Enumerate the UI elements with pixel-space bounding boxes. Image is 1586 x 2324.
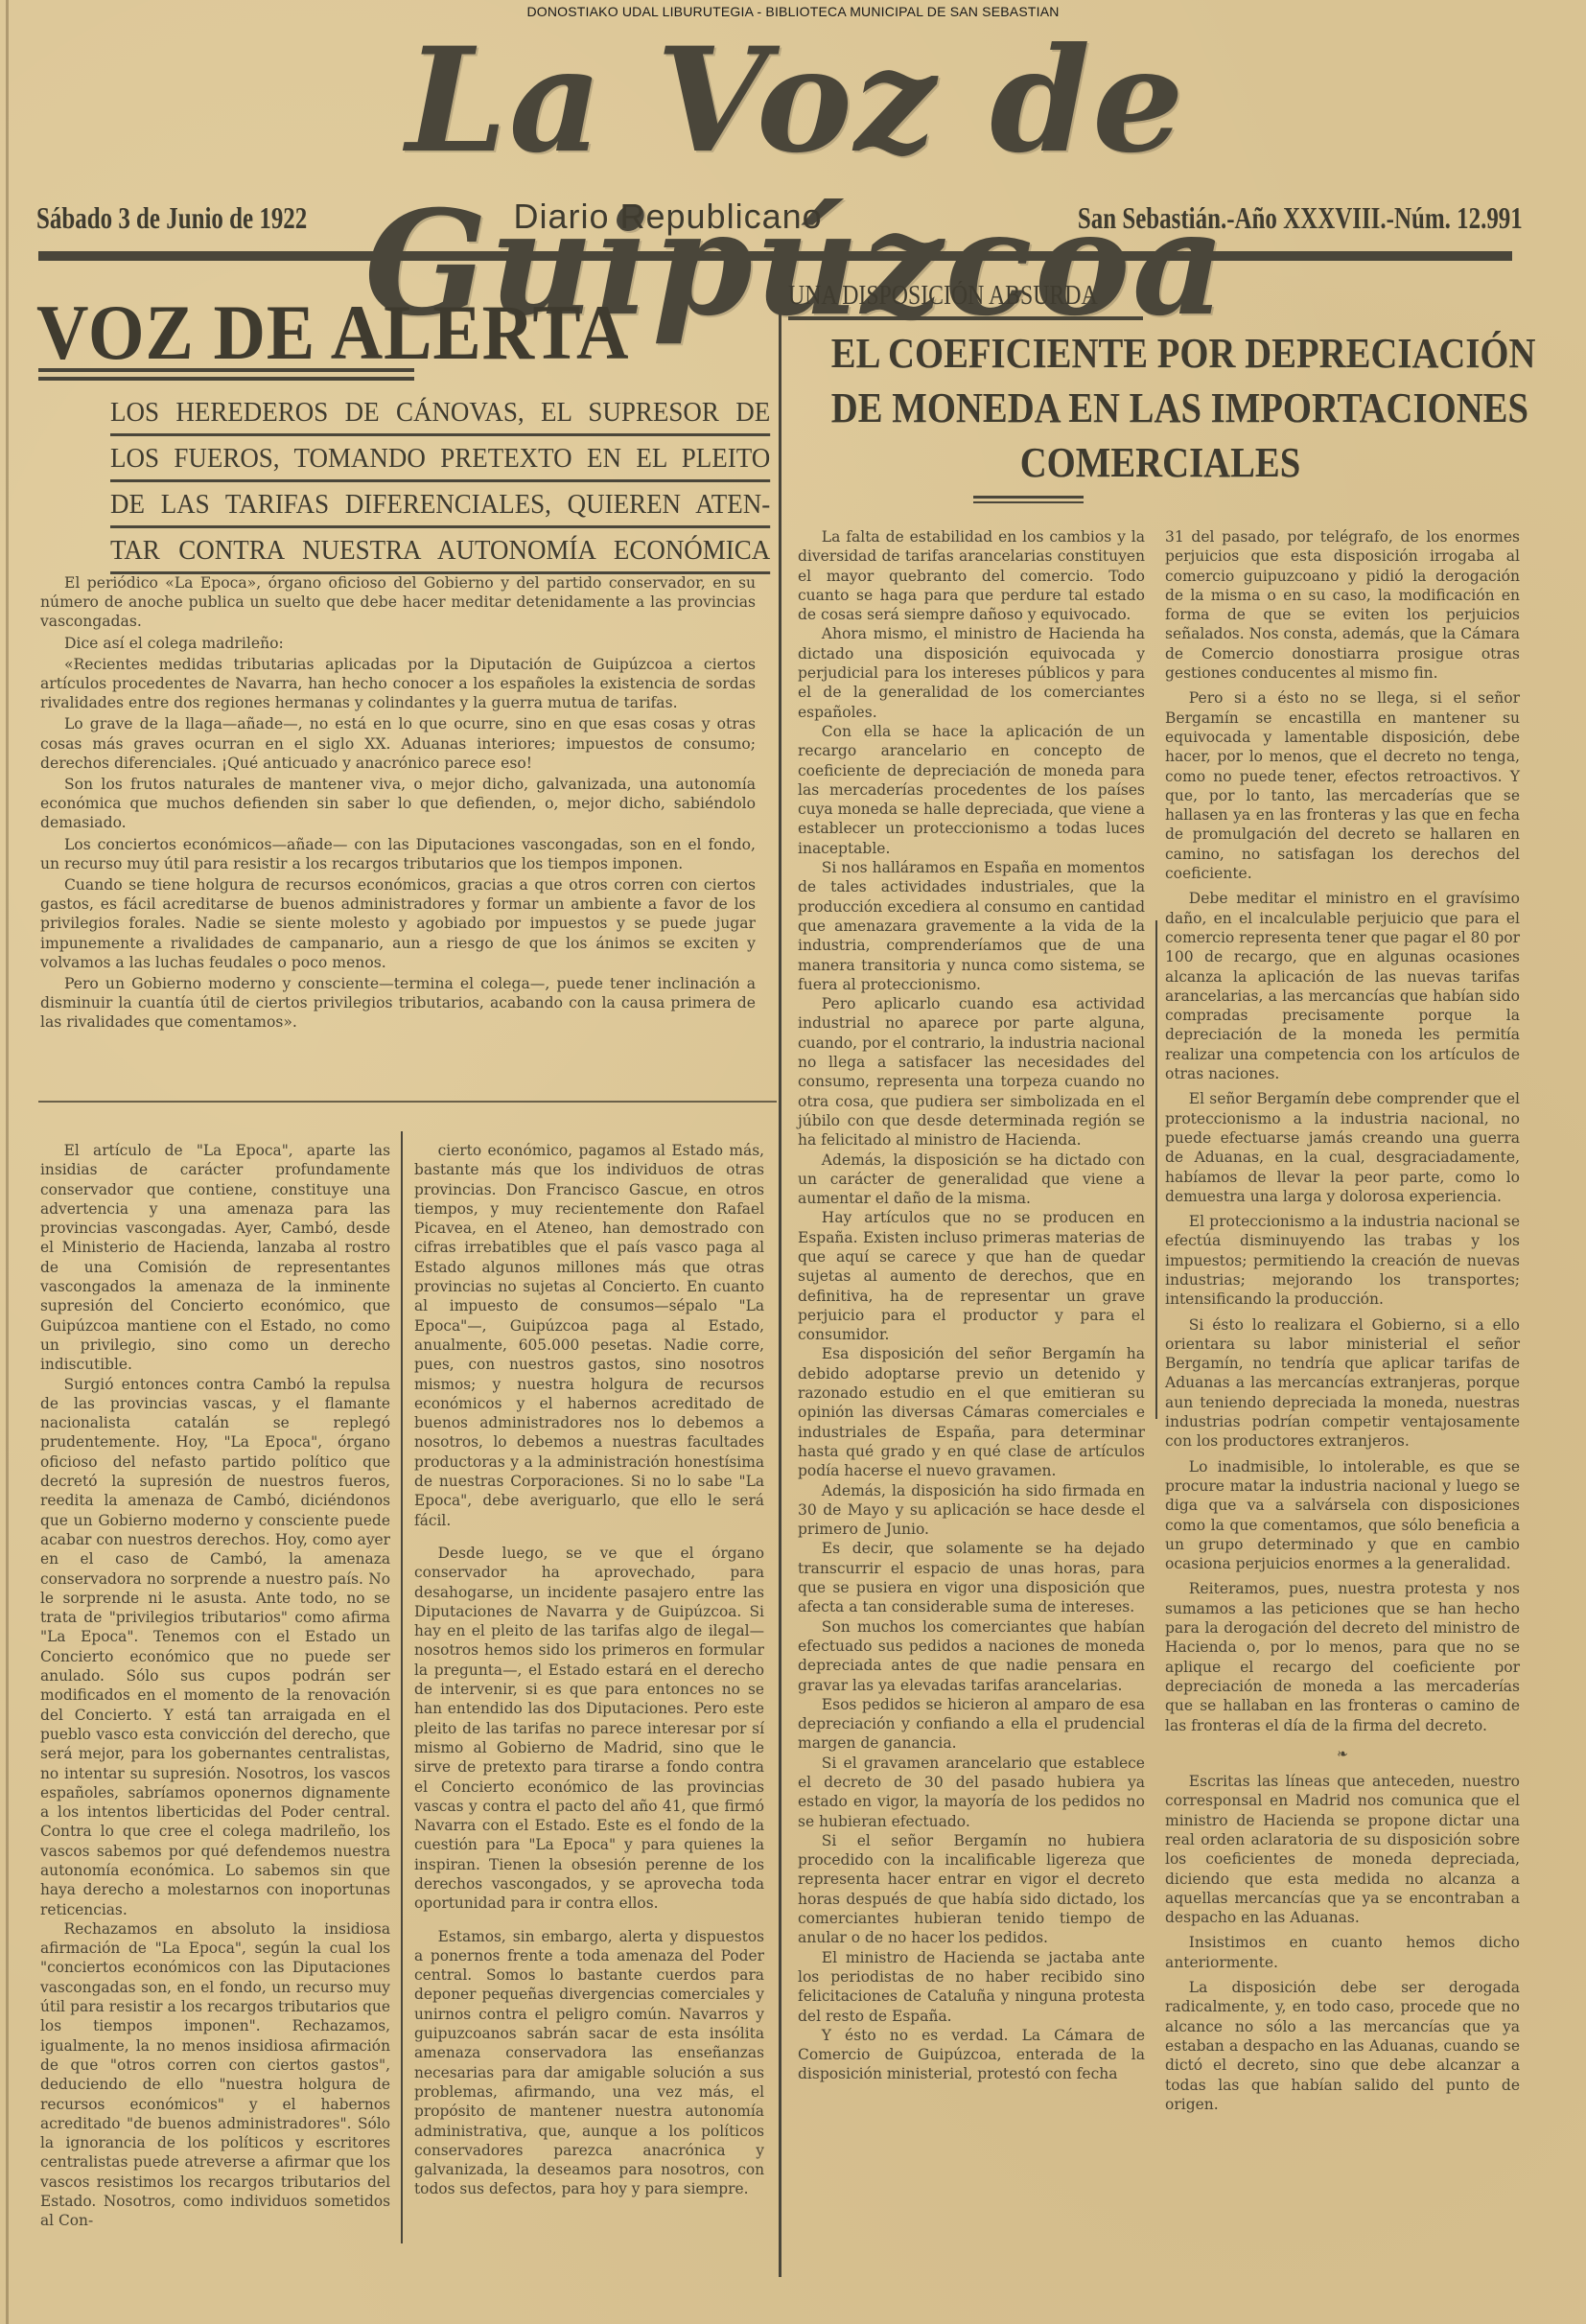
paragraph: Si ésto lo realizara el Gobierno, si a e… xyxy=(1165,1315,1520,1452)
editorial-column-1: El artículo de "La Epoca", aparte las in… xyxy=(40,1141,390,2231)
paragraph: cierto económico, pagamos al Estado más,… xyxy=(414,1141,764,1530)
column-divider-center xyxy=(779,283,781,2277)
editorial-column-2: cierto económico, pagamos al Estado más,… xyxy=(414,1141,764,2199)
paragraph: Esa disposición del señor Bergamín ha de… xyxy=(798,1344,1145,1480)
paragraph: Son los frutos naturales de mantener viv… xyxy=(40,775,756,833)
editorial-title-rule xyxy=(38,368,414,381)
paragraph: Estamos, sin embargo, alerta y dispuesto… xyxy=(414,1927,764,2199)
paragraph: Es decir, que solamente se ha dejado tra… xyxy=(798,1539,1145,1616)
paragraph: El señor Bergamín debe comprender que el… xyxy=(1165,1089,1520,1206)
paragraph: El periódico «La Epoca», órgano oficioso… xyxy=(40,573,756,632)
masthead-rule-left xyxy=(38,251,734,261)
article-column-1: La falta de estabilidad en los cambios y… xyxy=(798,527,1145,2084)
paragraph: Además, la disposición se ha dictado con… xyxy=(798,1150,1145,1209)
headline-line: EL COEFICIENTE POR DEPRECIACIÓN xyxy=(831,326,1489,381)
paragraph: Pero si a ésto no se llega, si el señor … xyxy=(1165,688,1520,883)
paragraph: Debe meditar el ministro en el gravísimo… xyxy=(1165,889,1520,1083)
paragraph: Hay artículos que no se producen en Espa… xyxy=(798,1208,1145,1344)
paragraph: La falta de estabilidad en los cambios y… xyxy=(798,527,1145,624)
paragraph: Son muchos los comerciantes que habían e… xyxy=(798,1617,1145,1695)
headline-line: DE MONEDA EN LAS IMPORTACIONES xyxy=(831,381,1489,435)
editorial-deck-line: TAR CONTRA NUESTRA AUTONOMÍA ECONÓMICA xyxy=(110,531,770,574)
paragraph: El ministro de Hacienda se jactaba ante … xyxy=(798,1948,1145,2026)
masthead-info-row: Sábado 3 de Junio de 1922 Diario Republi… xyxy=(36,197,1523,235)
editorial-deck-line: DE LAS TARIFAS DIFERENCIALES, QUIEREN AT… xyxy=(110,485,770,528)
paragraph: Esos pedidos se hicieron al amparo de es… xyxy=(798,1695,1145,1754)
ornament-icon: ❧ xyxy=(1165,1745,1520,1764)
issue-date: Sábado 3 de Junio de 1922 xyxy=(36,200,307,236)
article-column-2: 31 del pasado, por telégrafo, de los eno… xyxy=(1165,527,1520,2114)
paragraph: Rechazamos en absoluto la insidiosa afir… xyxy=(40,1919,390,2231)
quote-separator-rule xyxy=(38,1101,777,1103)
paragraph: Pero aplicarlo cuando esa actividad indu… xyxy=(798,994,1145,1150)
headline-line: COMERCIALES xyxy=(831,435,1489,490)
column-divider-left xyxy=(401,1131,403,2243)
editorial-deck: LOS HEREDEROS DE CÁNOVAS, EL SUPRESOR DE… xyxy=(110,393,770,577)
paragraph: Y ésto no es verdad. La Cámara de Comerc… xyxy=(798,2026,1145,2084)
paragraph: Insistimos en cuanto hemos dicho anterio… xyxy=(1165,1933,1520,1972)
editorial-title: VOZ DE ALERTA xyxy=(36,290,629,376)
masthead-rule-right xyxy=(738,251,1512,261)
newspaper-page: DONOSTIAKO UDAL LIBURUTEGIA - BIBLIOTECA… xyxy=(0,0,1586,2324)
kicker-underline xyxy=(788,316,1143,320)
paragraph: Si nos halláramos en España en momentos … xyxy=(798,858,1145,994)
paragraph: Si el gravamen arancelario que establece… xyxy=(798,1754,1145,1831)
article-headline: EL COEFICIENTE POR DEPRECIACIÓN DE MONED… xyxy=(786,326,1534,490)
paragraph: Dice así el colega madrileño: xyxy=(40,634,756,653)
masthead-subtitle: Diario Republicano xyxy=(513,197,822,237)
paragraph: Escritas las líneas que anteceden, nuest… xyxy=(1165,1772,1520,1927)
paragraph: Además, la disposición ha sido firmada e… xyxy=(798,1481,1145,1540)
paragraph: Surgió entonces contra Cambó la repulsa … xyxy=(40,1375,390,1919)
paragraph: Con ella se hace la aplicación de un rec… xyxy=(798,722,1145,858)
paragraph: El artículo de "La Epoca", aparte las in… xyxy=(40,1141,390,1375)
paragraph: Los conciertos económicos—añade— con las… xyxy=(40,835,756,873)
paragraph: Desde luego, se ve que el órgano conserv… xyxy=(414,1544,764,1914)
paragraph: Cuando se tiene holgura de recursos econ… xyxy=(40,875,756,972)
paragraph: 31 del pasado, por telégrafo, de los eno… xyxy=(1165,527,1520,683)
editorial-intro: El periódico «La Epoca», órgano oficioso… xyxy=(40,573,756,1034)
editorial-deck-line: LOS HEREDEROS DE CÁNOVAS, EL SUPRESOR DE xyxy=(110,393,770,436)
column-divider-right xyxy=(1155,920,1157,1419)
paragraph: El proteccionismo a la industria naciona… xyxy=(1165,1212,1520,1309)
paragraph: Lo grave de la llaga—añade—, no está en … xyxy=(40,714,756,773)
page-fold-shadow xyxy=(6,0,9,2324)
headline-rule xyxy=(973,496,1084,503)
paragraph: Si el señor Bergamín no hubiera procedid… xyxy=(798,1831,1145,1948)
editorial-deck-line: LOS FUEROS, TOMANDO PRETEXTO EN EL PLEIT… xyxy=(110,439,770,482)
article-kicker: UNA DISPOSICIÓN ABSURDA xyxy=(788,281,1098,312)
issue-number: San Sebastián.-Año XXXVIII.-Núm. 12.991 xyxy=(1078,200,1523,236)
paragraph: Ahora mismo, el ministro de Hacienda ha … xyxy=(798,624,1145,721)
paragraph: Pero un Gobierno moderno y consciente—te… xyxy=(40,974,756,1033)
paragraph: Reiteramos, pues, nuestra protesta y nos… xyxy=(1165,1579,1520,1734)
paragraph: «Recientes medidas tributarias aplicadas… xyxy=(40,655,756,713)
paragraph: Lo inadmisible, lo intolerable, es que s… xyxy=(1165,1457,1520,1574)
paragraph: La disposición debe ser derogada radical… xyxy=(1165,1978,1520,2114)
